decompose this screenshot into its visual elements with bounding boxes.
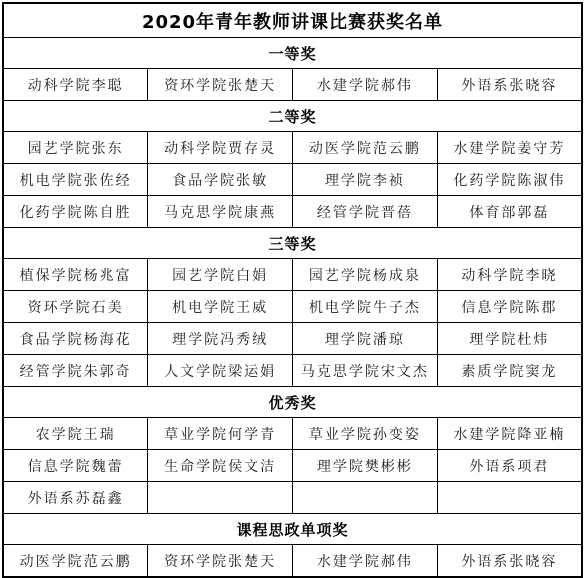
awardee-cell: 动科学院李晓 — [437, 259, 582, 291]
table-row: 农学院王瑞草业学院何学青草业学院孙变姿水建学院降亚楠 — [3, 418, 582, 450]
awardee-cell: 资环学院张楚天 — [148, 69, 293, 101]
awardee-cell: 农学院王瑞 — [3, 418, 148, 450]
awardee-cell: 资环学院石美 — [3, 291, 148, 323]
awardee-cell: 理学院潘琼 — [293, 323, 438, 355]
awardee-cell: 理学院杜炜 — [437, 323, 582, 355]
section-header: 优秀奖 — [3, 387, 582, 418]
table-row: 机电学院张佐经食品学院张敏理学院李祯化药学院陈淑伟 — [3, 164, 582, 196]
awardee-cell: 动科学院贾存灵 — [148, 132, 293, 164]
table-row: 经管学院朱郭奇人文学院梁运娟马克思学院宋文杰素质学院窦龙 — [3, 355, 582, 387]
awardee-cell: 食品学院张敏 — [148, 164, 293, 196]
awardee-cell: 动医学院范云鹏 — [293, 132, 438, 164]
awardee-cell: 经管学院晋蓓 — [293, 196, 438, 228]
table-row: 资环学院石美机电学院王威机电学院牛子杰信息学院陈郡 — [3, 291, 582, 323]
award-table: 2020年青年教师讲课比赛获奖名单 一等奖动科学院李聪资环学院张楚天水建学院郝伟… — [2, 2, 583, 578]
awardee-cell: 理学院冯秀绒 — [148, 323, 293, 355]
section-header-row: 优秀奖 — [3, 387, 582, 418]
awardee-cell: 理学院李祯 — [293, 164, 438, 196]
table-row: 动科学院李聪资环学院张楚天水建学院郝伟外语系张晓容 — [3, 69, 582, 101]
section-header-row: 二等奖 — [3, 101, 582, 132]
awardee-cell: 园艺学院张东 — [3, 132, 148, 164]
empty-cell — [437, 482, 582, 514]
section-header-row: 三等奖 — [3, 228, 582, 259]
awardee-cell: 马克思学院宋文杰 — [293, 355, 438, 387]
awardee-cell: 人文学院梁运娟 — [148, 355, 293, 387]
awardee-cell: 水建学院郝伟 — [293, 69, 438, 101]
awardee-cell: 机电学院牛子杰 — [293, 291, 438, 323]
table-row: 化药学院陈自胜马克思学院康燕经管学院晋蓓体育部郭磊 — [3, 196, 582, 228]
awardee-cell: 草业学院何学青 — [148, 418, 293, 450]
awardee-cell: 经管学院朱郭奇 — [3, 355, 148, 387]
section-header-row: 一等奖 — [3, 38, 582, 69]
awardee-cell: 动科学院李聪 — [3, 69, 148, 101]
awardee-cell: 化药学院陈自胜 — [3, 196, 148, 228]
awardee-cell: 水建学院郝伟 — [293, 545, 438, 578]
table-row: 食品学院杨海花理学院冯秀绒理学院潘琼理学院杜炜 — [3, 323, 582, 355]
awardee-cell: 外语系项君 — [437, 450, 582, 482]
table-row: 外语系苏磊鑫 — [3, 482, 582, 514]
document-page: 2020年青年教师讲课比赛获奖名单 一等奖动科学院李聪资环学院张楚天水建学院郝伟… — [0, 0, 585, 564]
awardee-cell: 资环学院张楚天 — [148, 545, 293, 578]
awardee-cell: 外语系张晓容 — [437, 69, 582, 101]
section-header: 一等奖 — [3, 38, 582, 69]
awardee-cell: 化药学院陈淑伟 — [437, 164, 582, 196]
awardee-cell: 机电学院王威 — [148, 291, 293, 323]
section-header: 三等奖 — [3, 228, 582, 259]
empty-cell — [148, 482, 293, 514]
awardee-cell: 理学院樊彬彬 — [293, 450, 438, 482]
awardee-cell: 信息学院陈郡 — [437, 291, 582, 323]
table-row: 植保学院杨兆富园艺学院白娟园艺学院杨成泉动科学院李晓 — [3, 259, 582, 291]
awardee-cell: 食品学院杨海花 — [3, 323, 148, 355]
award-table-body: 2020年青年教师讲课比赛获奖名单 一等奖动科学院李聪资环学院张楚天水建学院郝伟… — [3, 3, 582, 577]
awardee-cell: 草业学院孙变姿 — [293, 418, 438, 450]
awardee-cell: 信息学院魏蕾 — [3, 450, 148, 482]
awardee-cell: 园艺学院杨成泉 — [293, 259, 438, 291]
awardee-cell: 动医学院范云鹏 — [3, 545, 148, 578]
awardee-cell: 外语系张晓容 — [437, 545, 582, 578]
section-header: 二等奖 — [3, 101, 582, 132]
empty-cell — [293, 482, 438, 514]
awardee-cell: 马克思学院康燕 — [148, 196, 293, 228]
awardee-cell: 机电学院张佐经 — [3, 164, 148, 196]
section-header: 课程思政单项奖 — [3, 514, 582, 545]
awardee-cell: 体育部郭磊 — [437, 196, 582, 228]
title-row: 2020年青年教师讲课比赛获奖名单 — [3, 3, 582, 38]
awardee-cell: 素质学院窦龙 — [437, 355, 582, 387]
table-row: 动医学院范云鹏资环学院张楚天水建学院郝伟外语系张晓容 — [3, 545, 582, 578]
awardee-cell: 外语系苏磊鑫 — [3, 482, 148, 514]
awardee-cell: 生命学院侯文洁 — [148, 450, 293, 482]
awardee-cell: 植保学院杨兆富 — [3, 259, 148, 291]
table-row: 信息学院魏蕾生命学院侯文洁理学院樊彬彬外语系项君 — [3, 450, 582, 482]
awardee-cell: 水建学院姜守芳 — [437, 132, 582, 164]
awardee-cell: 水建学院降亚楠 — [437, 418, 582, 450]
awardee-cell: 园艺学院白娟 — [148, 259, 293, 291]
table-row: 园艺学院张东动科学院贾存灵动医学院范云鹏水建学院姜守芳 — [3, 132, 582, 164]
table-title: 2020年青年教师讲课比赛获奖名单 — [3, 3, 582, 38]
section-header-row: 课程思政单项奖 — [3, 514, 582, 545]
